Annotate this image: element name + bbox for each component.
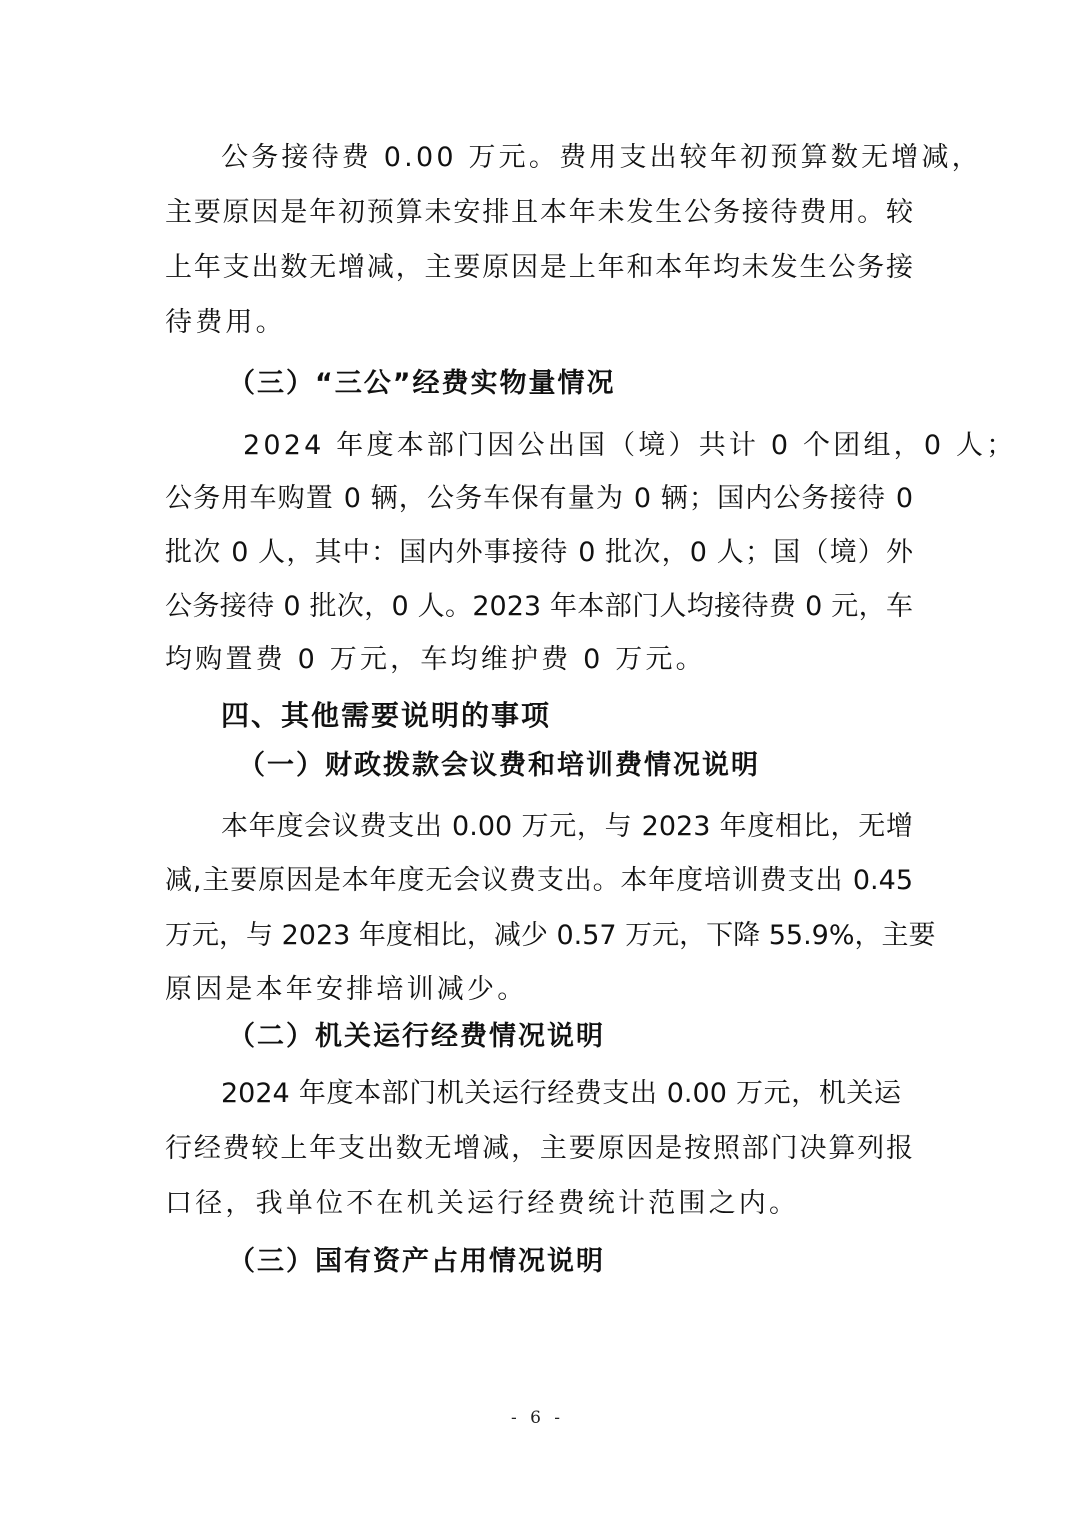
text-line: 待费用。 [165, 303, 913, 343]
text-line: 均购置费 0 万元，车均维护费 0 万元。 [165, 640, 913, 680]
text-line: 2024 年度本部门因公出国（境）共计 0 个团组，0 人； [243, 426, 913, 466]
section-heading-other-matters: 四、其他需要说明的事项 [221, 696, 551, 736]
text-line: 行经费较上年支出数无增减，主要原因是按照部门决算列报 [165, 1129, 913, 1169]
subsection-heading-meeting-training: （一）财政拨款会议费和培训费情况说明 [238, 746, 760, 786]
text-line: 口径，我单位不在机关运行经费统计范围之内。 [165, 1184, 913, 1224]
page-number: - 6 - [0, 1408, 1075, 1428]
text-line: 上年支出数无增减，主要原因是上年和本年均未发生公务接 [165, 248, 913, 288]
text-line: 本年度会议费支出 0.00 万元，与 2023 年度相比，无增 [221, 807, 913, 847]
text-line: 万元，与 2023 年度相比，减少 0.57 万元，下降 55.9%，主要 [165, 916, 913, 956]
subsection-heading-operating-expenses: （二）机关运行经费情况说明 [228, 1017, 605, 1057]
text-line: 批次 0 人，其中：国内外事接待 0 批次，0 人；国（境）外 [165, 533, 913, 573]
subsection-heading-state-assets: （三）国有资产占用情况说明 [228, 1242, 605, 1282]
section-heading-physical-quantity: （三）“三公”经费实物量情况 [228, 364, 616, 404]
text-line: 原因是本年安排培训减少。 [165, 970, 913, 1010]
text-line: 主要原因是年初预算未安排且本年未发生公务接待费用。较 [165, 193, 913, 233]
text-line: 公务接待费 0.00 万元。费用支出较年初预算数无增减， [221, 138, 913, 178]
text-line: 公务用车购置 0 辆，公务车保有量为 0 辆；国内公务接待 0 [165, 479, 913, 519]
text-line: 公务接待 0 批次，0 人。2023 年本部门人均接待费 0 元，车 [165, 587, 913, 627]
text-line: 减,主要原因是本年度无会议费支出。本年度培训费支出 0.45 [165, 861, 913, 901]
text-line: 2024 年度本部门机关运行经费支出 0.00 万元，机关运 [221, 1074, 901, 1114]
